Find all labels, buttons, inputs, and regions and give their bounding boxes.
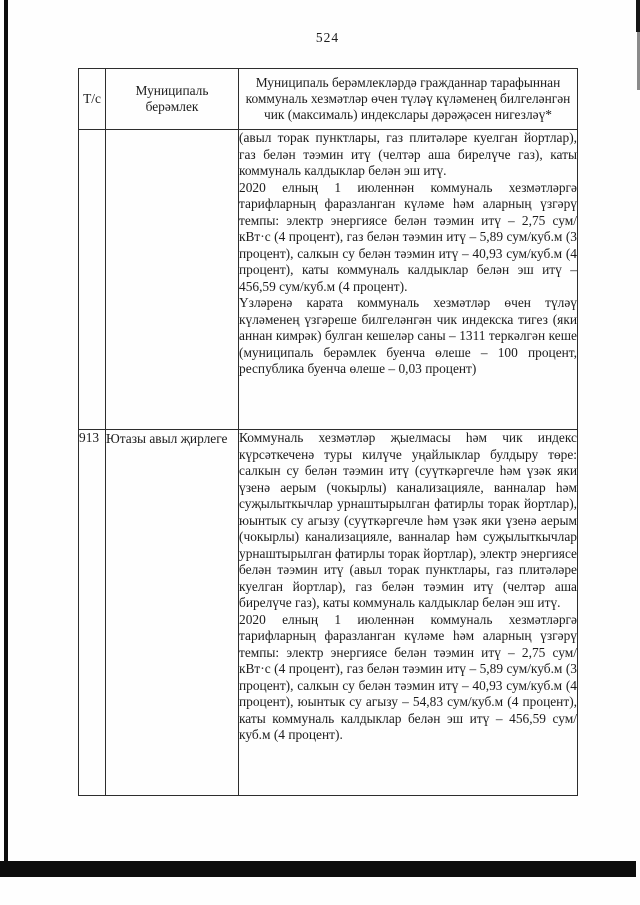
table-row: 913 Ютазы авыл җирлеге Коммуналь хезмәтл… — [79, 430, 578, 796]
header-cell-municipality: Муниципаль берәмлек — [106, 69, 239, 130]
table-row: (авыл торак пунктлары, газ плитәләре куе… — [79, 130, 578, 430]
header-cell-justification: Муниципаль берәмлекләрдә гражданнар тара… — [239, 69, 578, 130]
justification-paragraph: 2020 елның 1 июленнән коммуналь хезмәтлә… — [239, 180, 577, 296]
tariff-justification-table: Т/с Муниципаль берәмлек Муниципаль берәм… — [78, 68, 578, 796]
scan-artifact-left-line — [4, 0, 8, 876]
justification-paragraph: Үзләренә карата коммуналь хезмәтләр өчен… — [239, 295, 577, 378]
municipality-cell — [106, 130, 239, 430]
municipality-cell: Ютазы авыл җирлеге — [106, 430, 239, 796]
page-number: 524 — [78, 30, 577, 46]
scan-artifact-right-strip — [636, 0, 640, 32]
row-num-cell: 913 — [79, 430, 106, 796]
header-cell-num: Т/с — [79, 69, 106, 130]
row-num-cell — [79, 130, 106, 430]
justification-paragraph: 2020 елның 1 июленнән коммуналь хезмәтлә… — [239, 612, 577, 744]
scan-artifact-bottom-bar — [0, 861, 636, 877]
justification-cell: (авыл торак пунктлары, газ плитәләре куе… — [239, 130, 578, 430]
justification-paragraph: Коммуналь хезмәтләр җыелмасы һәм чик инд… — [239, 430, 577, 612]
justification-paragraph: (авыл торак пунктлары, газ плитәләре куе… — [239, 130, 577, 180]
scanned-document-page: { "page": { "number": "524" }, "colors":… — [0, 0, 640, 905]
table-header-row: Т/с Муниципаль берәмлек Муниципаль берәм… — [79, 69, 578, 130]
justification-cell: Коммуналь хезмәтләр җыелмасы һәм чик инд… — [239, 430, 578, 796]
